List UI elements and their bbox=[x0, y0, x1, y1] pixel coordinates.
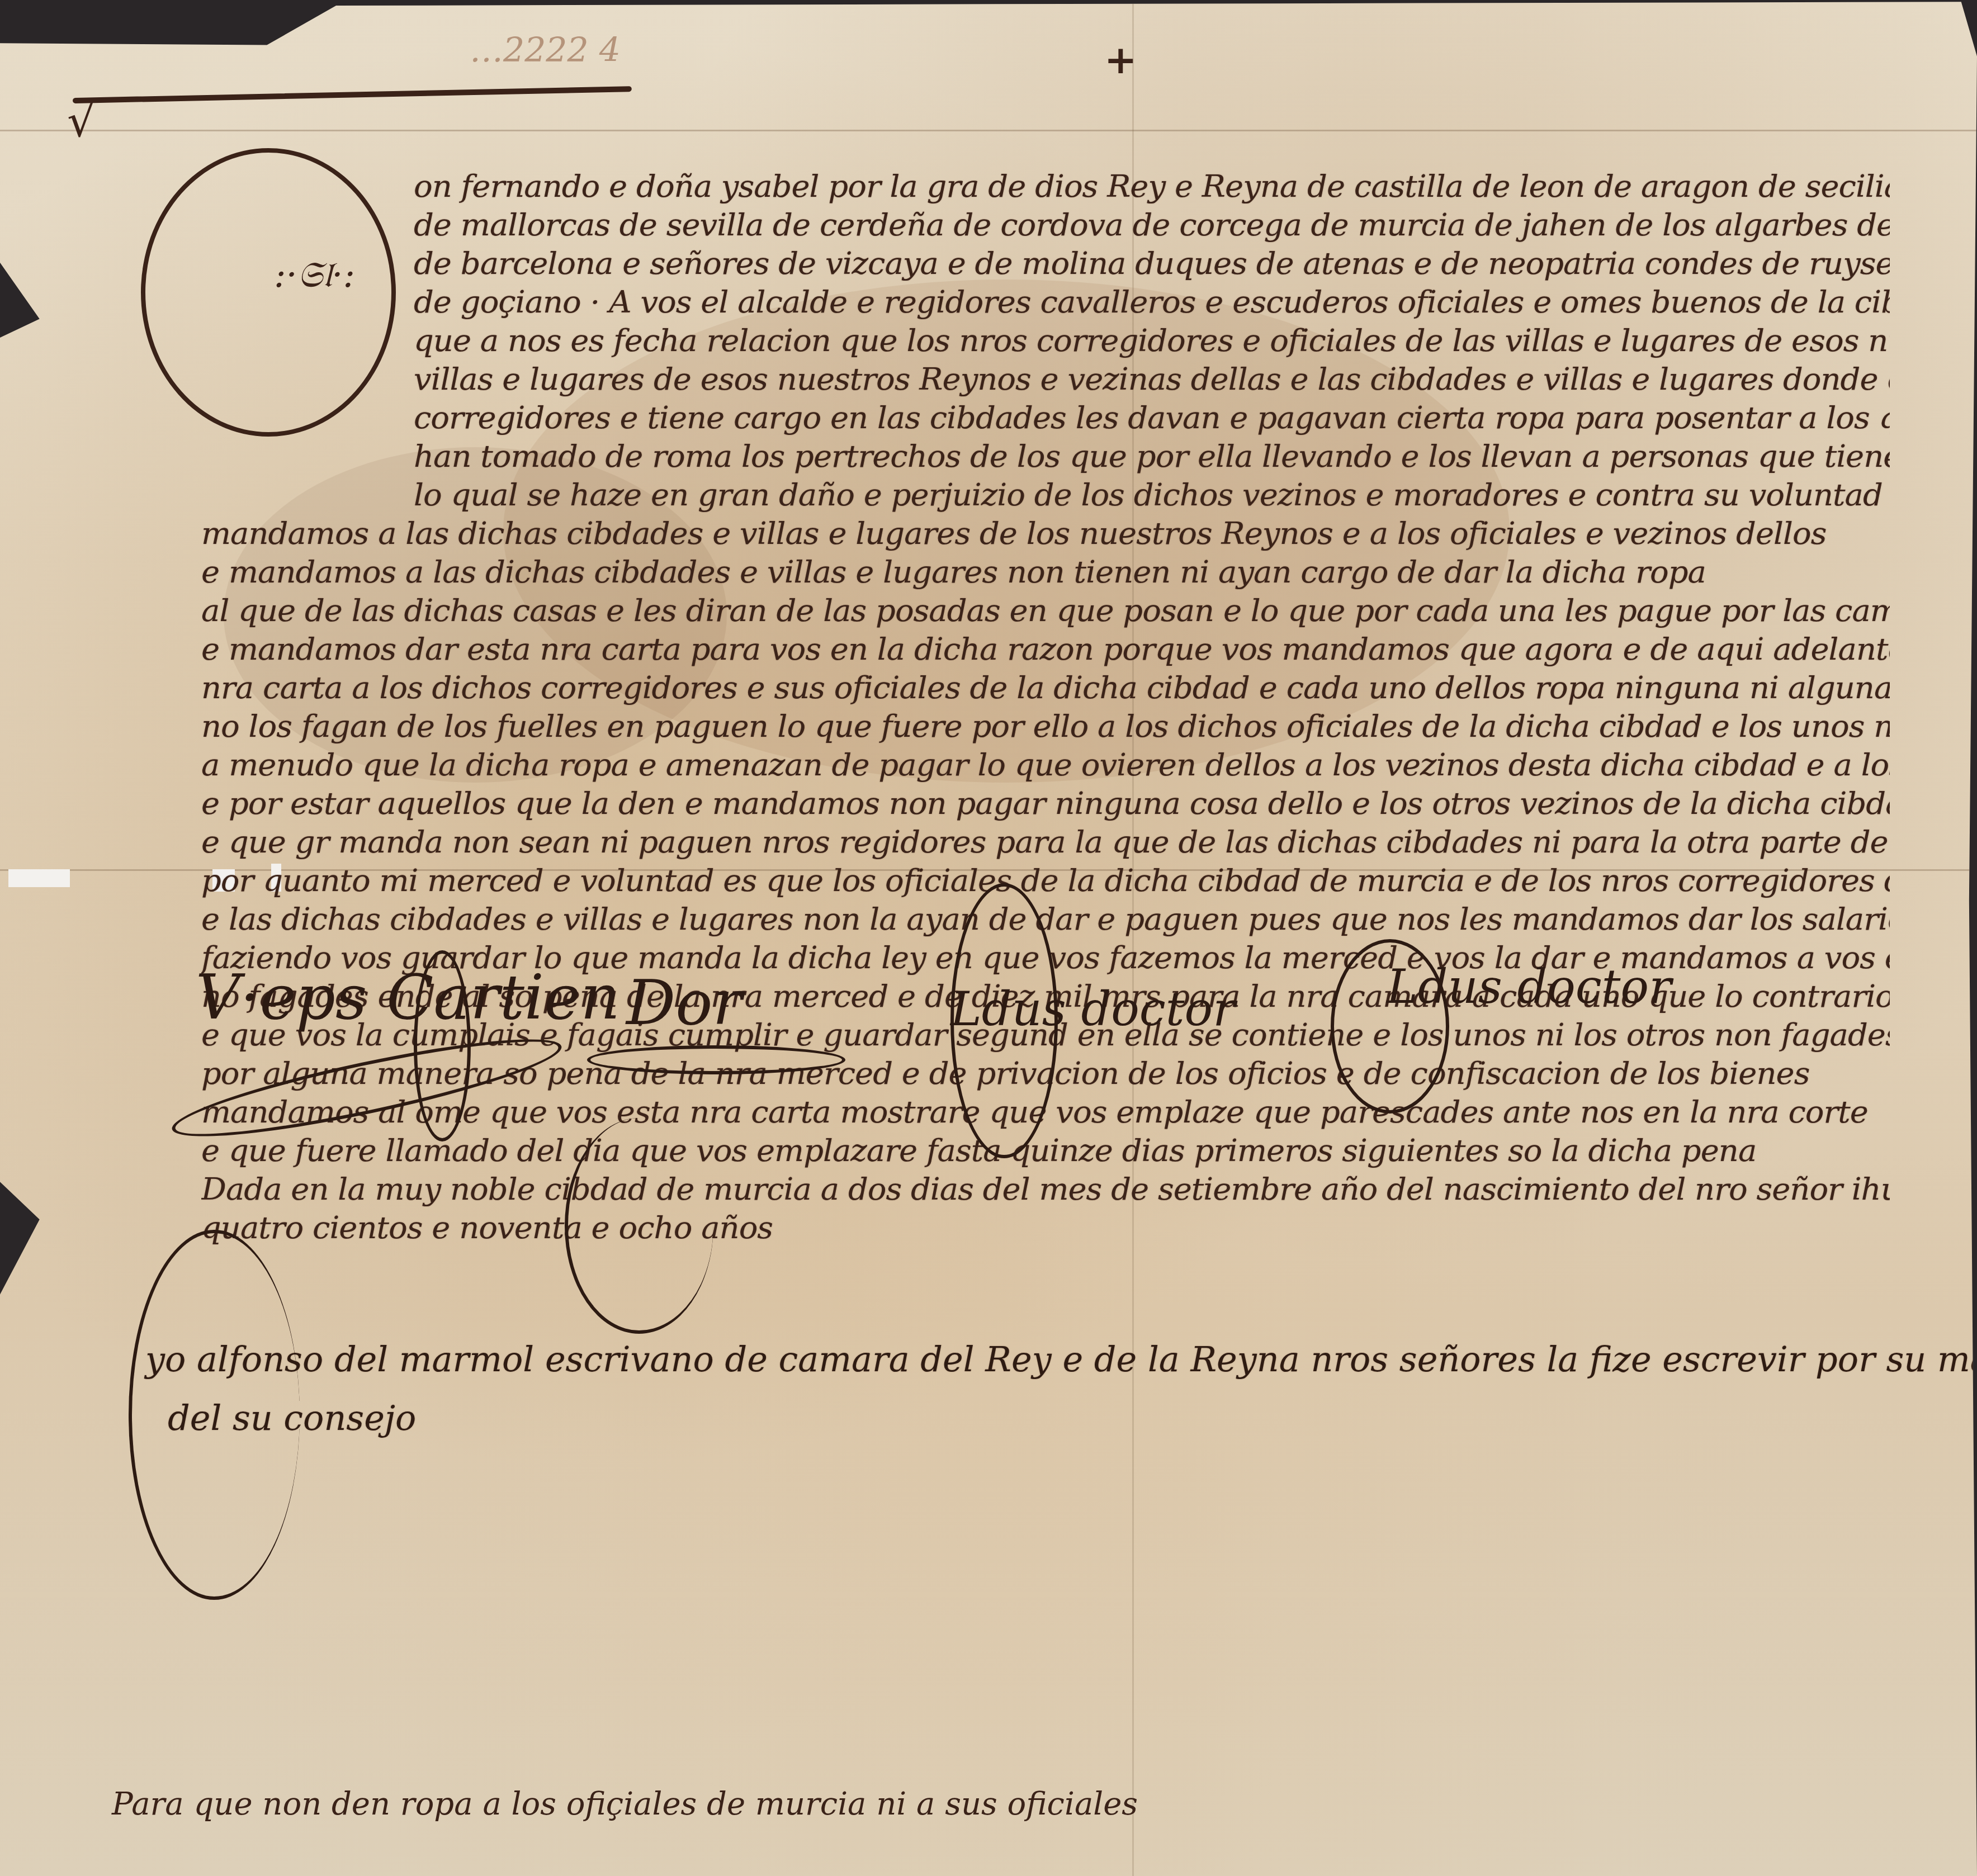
body-line: que a nos es fecha relacion que los nros… bbox=[201, 323, 1890, 360]
countersign-line: yo alfonso del marmol escrivano de camar… bbox=[145, 1339, 1977, 1380]
body-line: corregidores e tiene cargo en las cibdad… bbox=[201, 400, 1890, 437]
body-line: e que gr manda non sean ni paguen nros r… bbox=[201, 825, 1890, 861]
signature-2: Dor bbox=[626, 967, 742, 1039]
body-line: de mallorcas de sevilla de cerdeña de co… bbox=[201, 207, 1890, 244]
signature-flourish bbox=[565, 1118, 713, 1334]
faded-header-note: …2222 4 bbox=[470, 31, 621, 70]
body-line: e mandamos a las dichas cibdades e villa… bbox=[201, 555, 1890, 591]
body-line: mandamos a las dichas cibdades e villas … bbox=[201, 516, 1890, 553]
top-rule-line bbox=[73, 86, 632, 103]
body-line: no los fagan de los fuelles en paguen lo… bbox=[201, 709, 1890, 746]
signature-flourish bbox=[414, 950, 471, 1141]
body-line: on fernando e doña ysabel por la gra de … bbox=[201, 169, 1890, 206]
body-line: villas e lugares de esos nuestros Reynos… bbox=[201, 362, 1890, 399]
body-line: nra carta a los dichos corregidores e su… bbox=[201, 670, 1890, 707]
signature-flourish bbox=[950, 883, 1058, 1158]
body-line: e mandamos dar esta nra carta para vos e… bbox=[201, 632, 1890, 669]
body-line: han tomado de roma los pertrechos de los… bbox=[201, 439, 1890, 476]
body-line: Dada en la muy noble cibdad de murcia a … bbox=[201, 1172, 1890, 1209]
countersign-line: del su consejo bbox=[168, 1397, 416, 1438]
signature-flourish bbox=[587, 1045, 845, 1074]
bottom-endorsement: Para que non den ropa a los ofiçiales de… bbox=[112, 1786, 1138, 1822]
manuscript-sheet: √ …2222 4 + :·𝔖𝔩·: on fernando e doña ys… bbox=[0, 0, 1977, 1876]
signature-flourish bbox=[1331, 939, 1449, 1114]
body-line: de goçiano · A vos el alcalde e regidore… bbox=[201, 285, 1890, 321]
signature-bishop: V·eps Cartien bbox=[196, 961, 620, 1033]
body-line: al que de las dichas casas e les diran d… bbox=[201, 593, 1890, 630]
body-line: lo qual se haze en gran daño e perjuizio… bbox=[201, 477, 1890, 514]
invocation-cross: + bbox=[1104, 36, 1137, 83]
paper-tear bbox=[8, 869, 70, 887]
body-line: e que fuere llamado del dia que vos empl… bbox=[201, 1133, 1890, 1170]
body-line: e por estar aquellos que la den e mandam… bbox=[201, 786, 1890, 823]
body-line: quatro cientos e noventa e ocho años bbox=[201, 1210, 1890, 1247]
body-line: de barcelona e señores de vizcaya e de m… bbox=[201, 246, 1890, 283]
body-line: por quanto mi merced e voluntad es que l… bbox=[201, 863, 1890, 900]
body-line: a menudo que la dicha ropa e amenazan de… bbox=[201, 747, 1890, 784]
fold-line-horizontal bbox=[0, 130, 1977, 131]
